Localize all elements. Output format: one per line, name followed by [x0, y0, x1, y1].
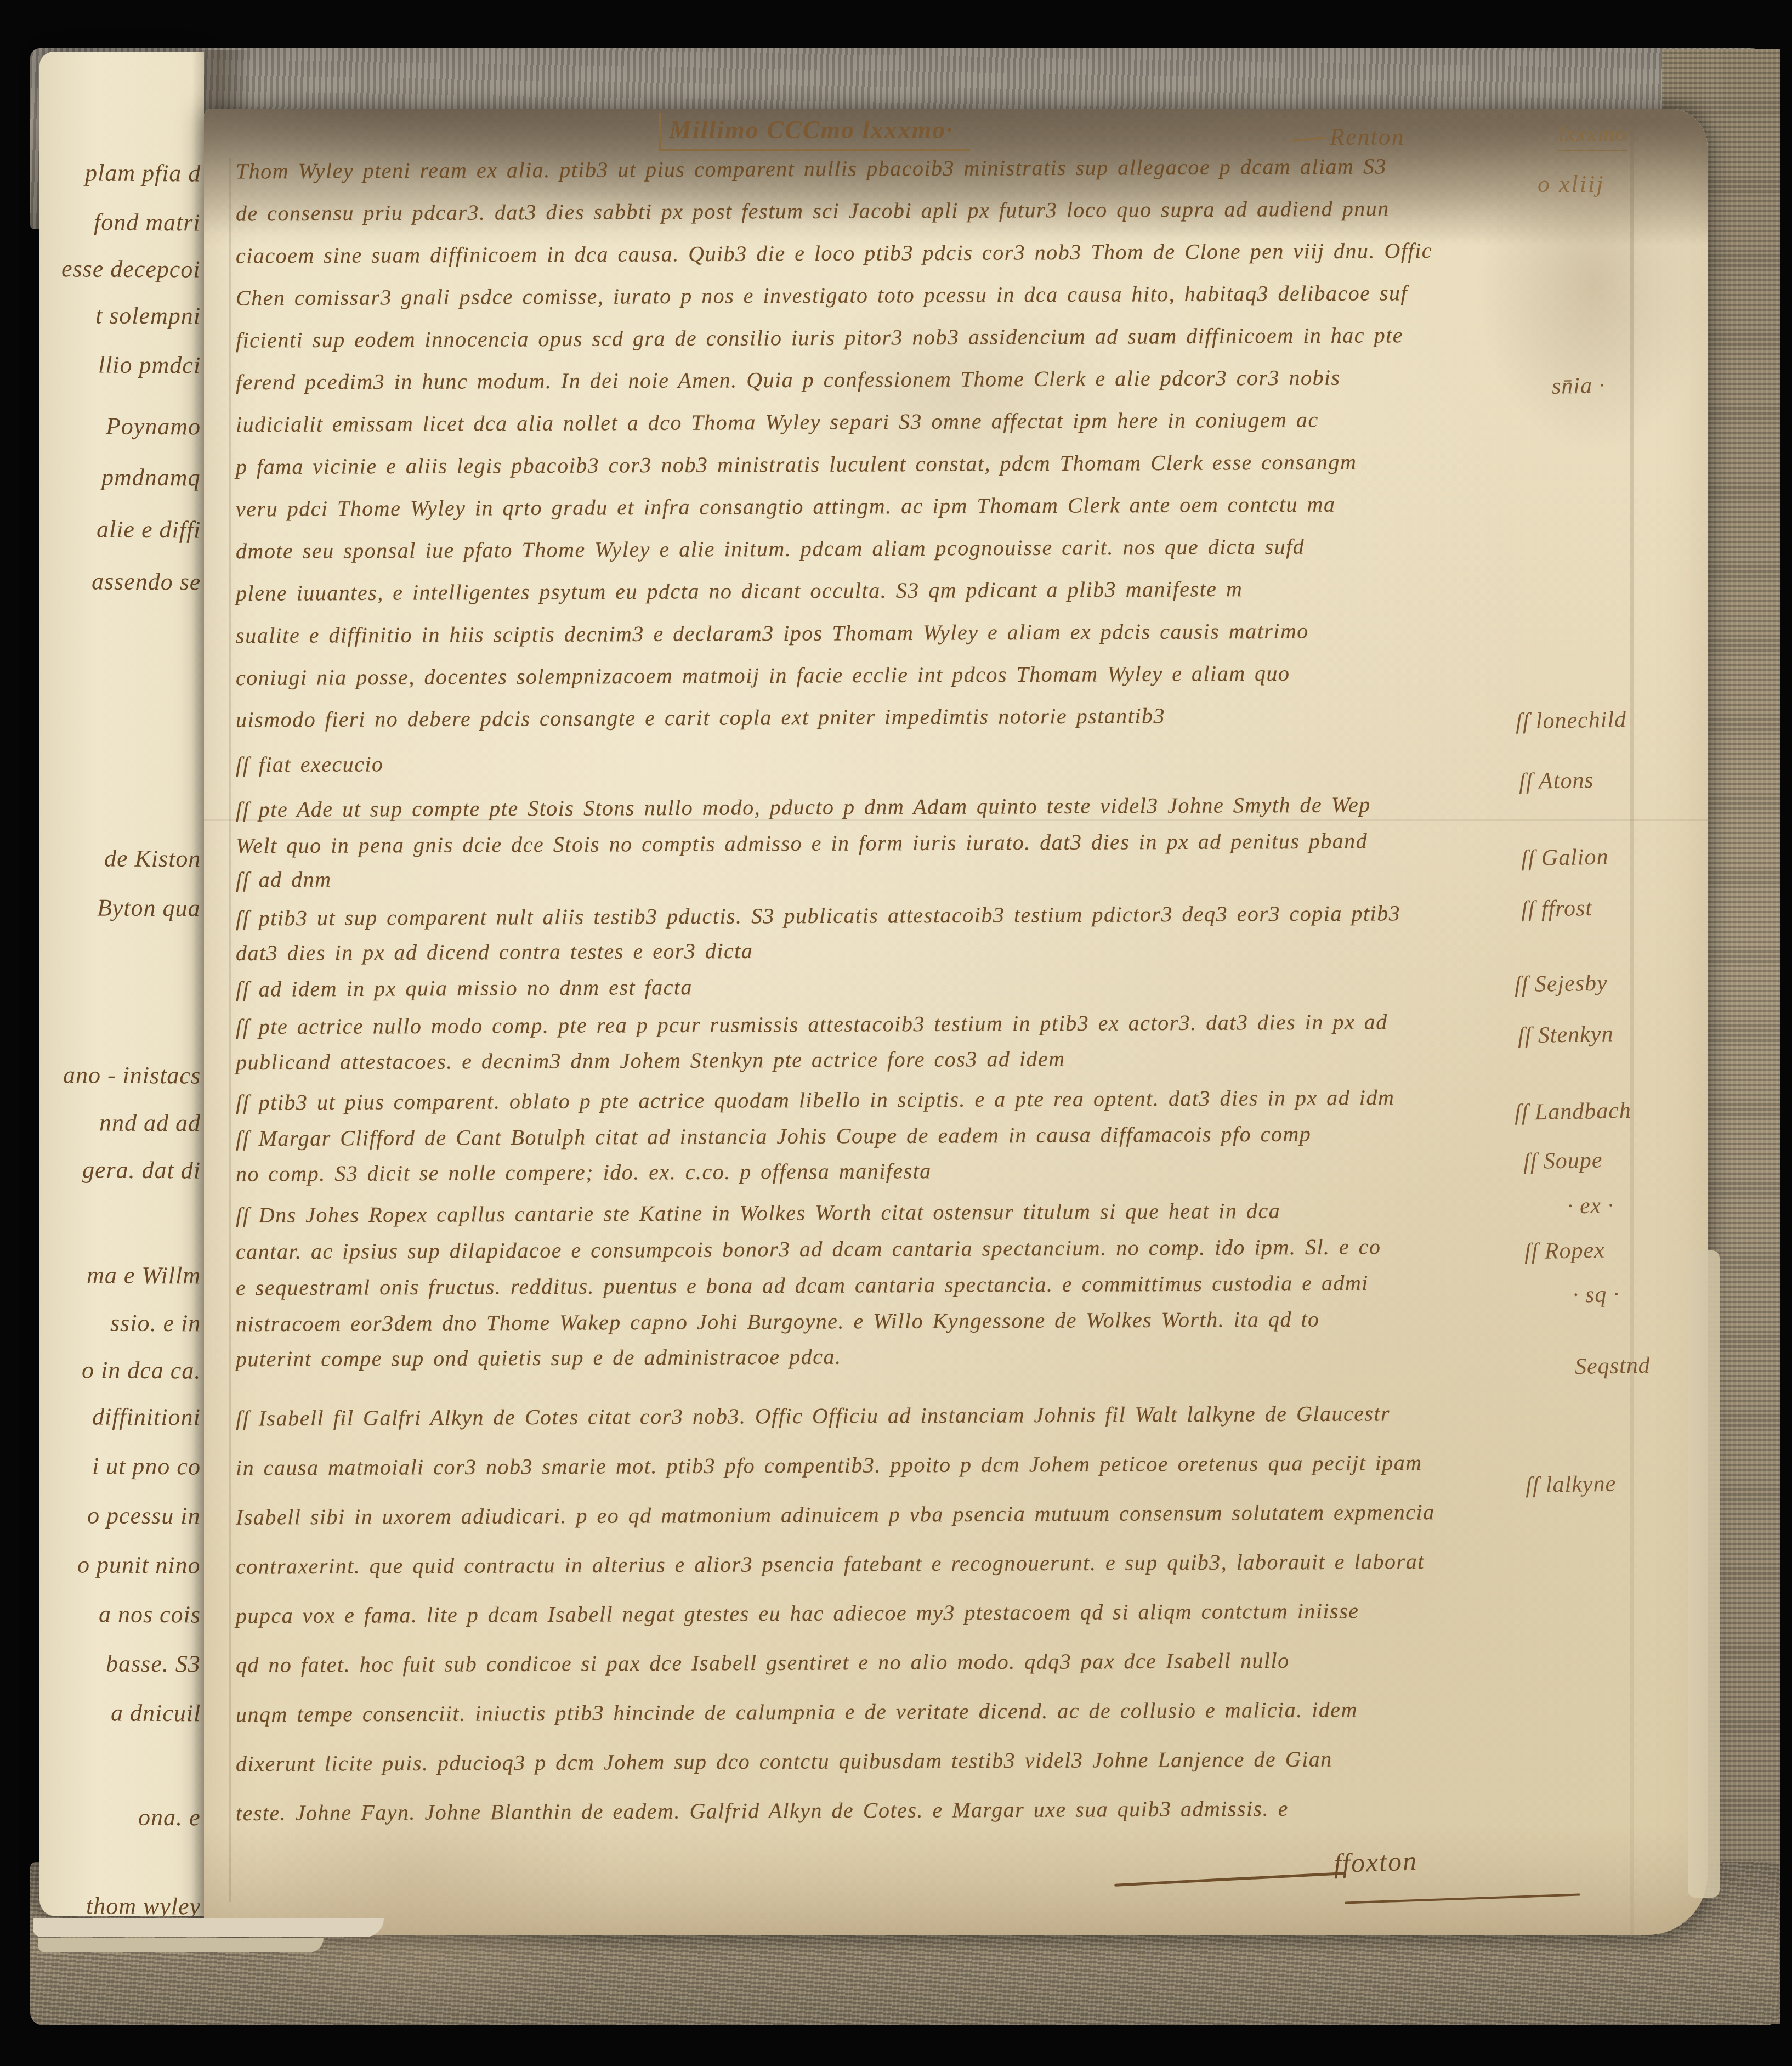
margin-name-note: ſſ Soupe: [1523, 1147, 1603, 1175]
left-fragment-line: llio pmdci: [98, 351, 201, 380]
left-fragment-line: pmdnamq: [101, 463, 201, 492]
margin-name-note: ſſ lonechild: [1516, 706, 1627, 735]
margin-name-note: · sq ·: [1573, 1281, 1620, 1308]
left-fragment-line: de Kiston: [104, 845, 201, 873]
left-fragment-line: nnd ad ad: [99, 1109, 201, 1137]
margin-name-note: ſſ ffrost: [1521, 895, 1593, 922]
left-fragment-line: alie e diffi: [96, 516, 201, 544]
left-fragment-line: i ut pno co: [92, 1452, 201, 1480]
left-fragment-line: basse. S3: [106, 1650, 201, 1678]
previous-folio-text: plam pfia d fond matri esse decepcoi t s…: [39, 52, 204, 1916]
left-fragment-line: t solempni: [95, 301, 201, 330]
page-stack-edge: [38, 1938, 324, 1952]
margin-name-note: ſſ lalkyne: [1526, 1471, 1617, 1499]
left-fragment-line: assendo se: [91, 567, 201, 596]
margin-name-note: Seqstnd: [1575, 1352, 1651, 1380]
left-fragment-line: ma e Willm: [87, 1261, 201, 1289]
left-fragment-line: esse decepcoi: [61, 254, 201, 283]
left-fragment-line: o pcessu in: [87, 1501, 201, 1530]
page-stack-edge: [33, 1918, 384, 1937]
left-fragment-line: Poynamo: [106, 412, 201, 441]
left-fragment-line: diffinitioni: [92, 1402, 201, 1431]
left-fragment-line: Byton qua: [97, 894, 201, 922]
page-edge-sliver: [1688, 1250, 1720, 1898]
margin-name-note: ſſ Galion: [1521, 844, 1609, 872]
previous-folio-fragment: plam pfia d fond matri esse decepcoi t s…: [39, 52, 204, 1916]
left-fragment-line: fond matri: [94, 208, 201, 236]
margin-name-note: · ex ·: [1567, 1192, 1614, 1219]
left-fragment-line: ano - inistacs: [63, 1061, 201, 1089]
margin-name-note: sn̄ia ·: [1552, 372, 1606, 400]
left-fragment-line: o punit nino: [77, 1550, 201, 1579]
registrar-signature: ffoxton: [1333, 1844, 1418, 1879]
manuscript-page: Millimo CCCmo lxxxmo· Renton lxxxmo o xl…: [204, 109, 1708, 1935]
left-fragment-line: gera. dat di: [82, 1156, 201, 1184]
left-fragment-line: o in dca ca.: [82, 1356, 201, 1384]
manuscript-photo: plam pfia d fond matri esse decepcoi t s…: [0, 0, 1792, 2066]
left-fragment-line: a dnicuil: [111, 1699, 201, 1728]
margin-name-note: ſſ Sejesby: [1515, 970, 1608, 998]
margin-name-note: ſſ Landbach: [1515, 1097, 1632, 1126]
margin-name-note: ſſ Stenkyn: [1518, 1021, 1614, 1049]
left-fragment-line: ssio. e in: [110, 1309, 201, 1338]
margin-name-note: ſſ Ropex: [1524, 1237, 1606, 1265]
left-fragment-line: plam pfia d: [84, 159, 201, 187]
margin-notes-column: sn̄ia · ſſ lonechild ſſ Atons ſſ Galion …: [204, 109, 1708, 1935]
margin-name-note: ſſ Atons: [1519, 767, 1595, 795]
left-fragment-line: thom wyley: [86, 1892, 201, 1916]
left-fragment-line: a nos cois: [99, 1600, 201, 1629]
